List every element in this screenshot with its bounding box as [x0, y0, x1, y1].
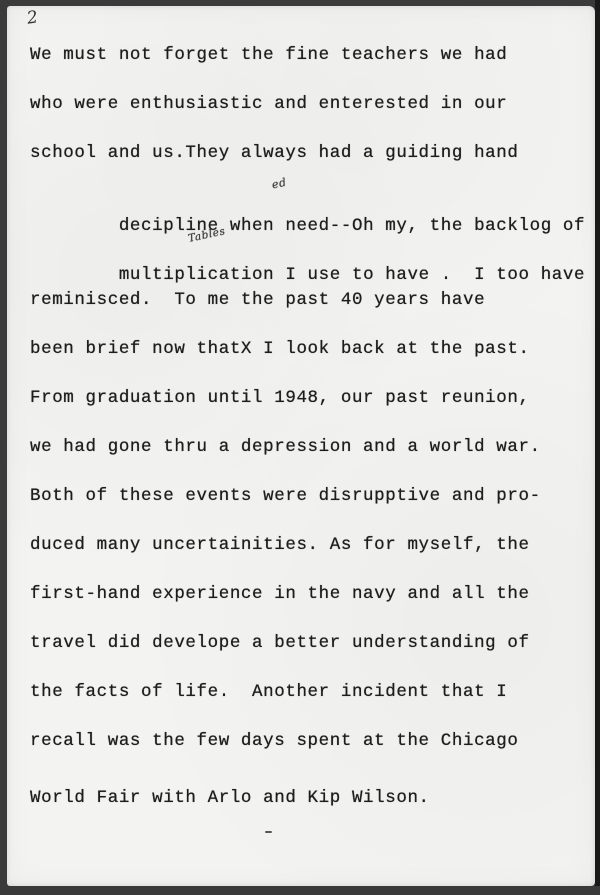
paper-sheet: 2 We must not forget the fine teachers w… [7, 6, 595, 886]
text-line-4: decipline when need--Oh my, the backlog … [30, 190, 600, 239]
ink-speck [265, 831, 272, 833]
text-line-13: travel did develope a better understandi… [30, 631, 600, 680]
text-line-7: been brief now thatX I look back at the … [30, 337, 600, 386]
scanned-page: 2 We must not forget the fine teachers w… [0, 0, 600, 895]
typewritten-body: We must not forget the fine teachers we … [30, 43, 600, 835]
text-line-8: From graduation until 1948, our past reu… [30, 386, 600, 435]
text-line-6: reminisced. To me the past 40 years have [30, 288, 600, 337]
text-line-10: Both of these events were disrupptive an… [30, 484, 600, 533]
text-line-16: World Fair with Arlo and Kip Wilson. [30, 786, 600, 835]
scan-right-edge [595, 0, 600, 895]
text-line-9: we had gone thru a depression and a worl… [30, 435, 600, 484]
text-line-3: school and us.They always had a guiding … [30, 141, 600, 190]
text-line-1: We must not forget the fine teachers we … [30, 43, 600, 92]
text-line-5-content: multiplication I use to have . I too hav… [119, 265, 585, 285]
scan-bottom-edge [0, 886, 600, 895]
text-line-2: who were enthusiastic and enterested in … [30, 92, 600, 141]
handwritten-page-number: 2 [26, 7, 40, 28]
text-line-15: recall was the few days spent at the Chi… [30, 729, 600, 778]
text-line-14: the facts of life. Another incident that… [30, 680, 600, 729]
text-line-12: first-hand experience in the navy and al… [30, 582, 600, 631]
text-line-11: duced many uncertainities. As for myself… [30, 533, 600, 582]
text-line-5: multiplication I use to have . I too hav… [30, 239, 600, 288]
